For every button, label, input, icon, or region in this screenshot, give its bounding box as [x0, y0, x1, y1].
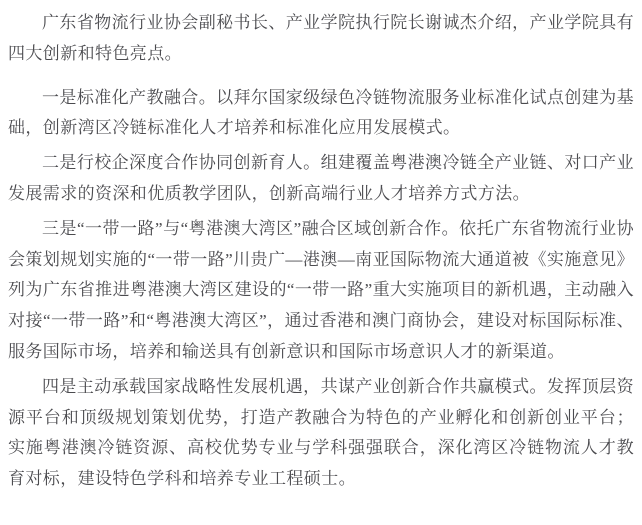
paragraph-point-4: 四是主动承载国家战略性发展机遇，共谋产业创新合作共赢模式。发挥顶层资源平台和顶级… — [8, 372, 634, 495]
paragraph-point-2: 二是行校企深度合作协同创新育人。组建覆盖粤港澳冷链全产业链、对口产业发展需求的资… — [8, 148, 634, 210]
paragraph-intro: 广东省物流行业协会副秘书长、产业学院执行院长谢诚杰介绍，产业学院具有四大创新和特… — [8, 8, 634, 70]
document-page: 广东省物流行业协会副秘书长、产业学院执行院长谢诚杰介绍，产业学院具有四大创新和特… — [0, 0, 642, 525]
paragraph-point-3: 三是“一带一路”与“粤港澳大湾区”融合区域创新合作。依托广东省物流行业协会策划规… — [8, 214, 634, 368]
paragraph-point-1: 一是标准化产教融合。以拜尔国家级绿色冷链物流服务业标准化试点创建为基础，创新湾区… — [8, 83, 634, 145]
